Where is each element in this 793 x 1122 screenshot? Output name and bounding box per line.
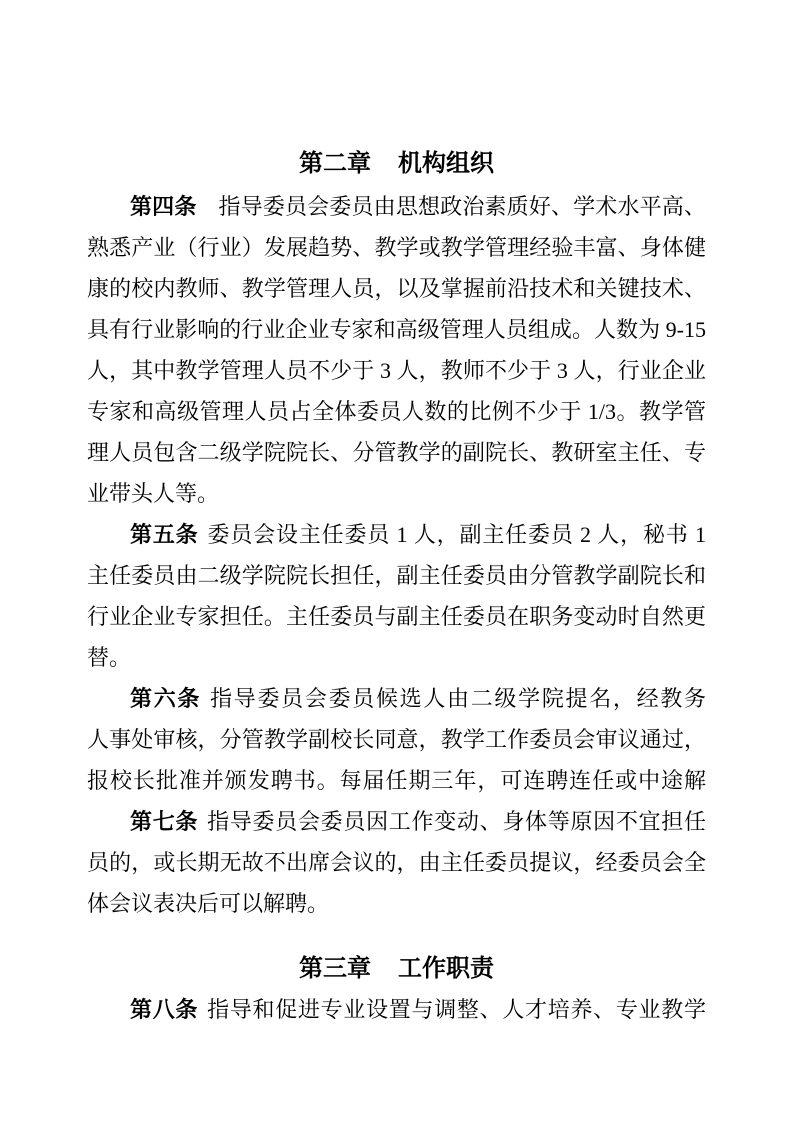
article-4: 第四条指导委员会委员由思想政治素质好、学术水平高、 熟悉产业（行业）发展趋势、教… — [87, 186, 706, 514]
article-line: 第七条指导委员会委员因工作变动、身体等原因不宜担任委 — [87, 801, 706, 842]
chapter-2-number: 第二章 — [299, 150, 371, 177]
article-6: 第六条指导委员会委员候选人由二级学院提名，经教务处、 人事处审核，分管教学副校长… — [87, 678, 706, 801]
article-line: 主任委员由二级学院院长担任，副主任委员由分管教学副院长和 — [87, 555, 706, 596]
article-line-text: 指导委员会委员候选人由二级学院提名，经教务处、 — [130, 686, 706, 719]
chapter-3-heading: 第三章工作职责 — [87, 955, 706, 983]
article-line: 熟悉产业（行业）发展趋势、教学或教学管理经验丰富、身体健 — [87, 227, 706, 268]
article-line: 报校长批准并颁发聘书。每届任期三年，可连聘连任或中途解聘。 — [87, 760, 706, 801]
chapter-heading-gap — [371, 975, 398, 976]
chapter-3-title: 工作职责 — [398, 955, 494, 982]
article-line-text: 指导委员会委员由思想政治素质好、学术水平高、 — [219, 194, 706, 219]
article-6-number: 第六条 — [130, 686, 201, 711]
article-line: 具有行业影响的行业企业专家和高级管理人员组成。人数为 9-15 — [87, 309, 706, 350]
article-line: 第六条指导委员会委员候选人由二级学院提名，经教务处、 — [87, 678, 706, 719]
article-line: 人，其中教学管理人员不少于 3 人，教师不少于 3 人，行业企业 — [87, 350, 706, 391]
article-line: 第八条指导和促进专业设置与调整、人才培养、专业教学团 — [87, 989, 706, 1030]
article-4-number: 第四条 — [130, 194, 197, 219]
article-line: 理人员包含二级学院院长、分管教学的副院长、教研室主任、专 — [87, 432, 706, 473]
chapter-2-heading: 第二章机构组织 — [87, 150, 706, 178]
article-line: 第五条委员会设主任委员 1 人，副主任委员 2 人，秘书 1 名， — [87, 514, 706, 555]
chapter-heading-gap — [371, 170, 398, 171]
document-page: 第二章机构组织 第四条指导委员会委员由思想政治素质好、学术水平高、 熟悉产业（行… — [0, 0, 793, 1122]
article-line: 行业企业专家担任。主任委员与副主任委员在职务变动时自然更 — [87, 596, 706, 637]
article-line: 替。 — [87, 637, 706, 678]
article-line-text: 委员会设主任委员 1 人，副主任委员 2 人，秘书 1 名， — [130, 522, 706, 555]
article-line-text: 指导和促进专业设置与调整、人才培养、专业教学团 — [130, 997, 706, 1030]
article-line: 第四条指导委员会委员由思想政治素质好、学术水平高、 — [87, 186, 706, 227]
article-8: 第八条指导和促进专业设置与调整、人才培养、专业教学团 — [87, 989, 706, 1030]
chapter-2-title: 机构组织 — [398, 150, 494, 177]
article-line: 业带头人等。 — [87, 473, 706, 514]
article-line: 康的校内教师、教学管理人员，以及掌握前沿技术和关键技术、 — [87, 268, 706, 309]
article-line: 专家和高级管理人员占全体委员人数的比例不少于 1/3。教学管 — [87, 391, 706, 432]
article-line: 体会议表决后可以解聘。 — [87, 883, 706, 924]
article-7-number: 第七条 — [130, 809, 198, 834]
article-line-text: 指导委员会委员因工作变动、身体等原因不宜担任委 — [130, 809, 706, 842]
article-line: 员的，或长期无故不出席会议的，由主任委员提议，经委员会全 — [87, 842, 706, 883]
document-body: 第四条指导委员会委员由思想政治素质好、学术水平高、 熟悉产业（行业）发展趋势、教… — [87, 186, 706, 1030]
article-5-number: 第五条 — [130, 522, 199, 547]
article-7: 第七条指导委员会委员因工作变动、身体等原因不宜担任委 员的，或长期无故不出席会议… — [87, 801, 706, 924]
chapter-3-number: 第三章 — [299, 955, 371, 982]
article-5: 第五条委员会设主任委员 1 人，副主任委员 2 人，秘书 1 名， 主任委员由二… — [87, 514, 706, 678]
article-line: 人事处审核，分管教学副校长同意，教学工作委员会审议通过， — [87, 719, 706, 760]
article-8-number: 第八条 — [130, 997, 198, 1022]
